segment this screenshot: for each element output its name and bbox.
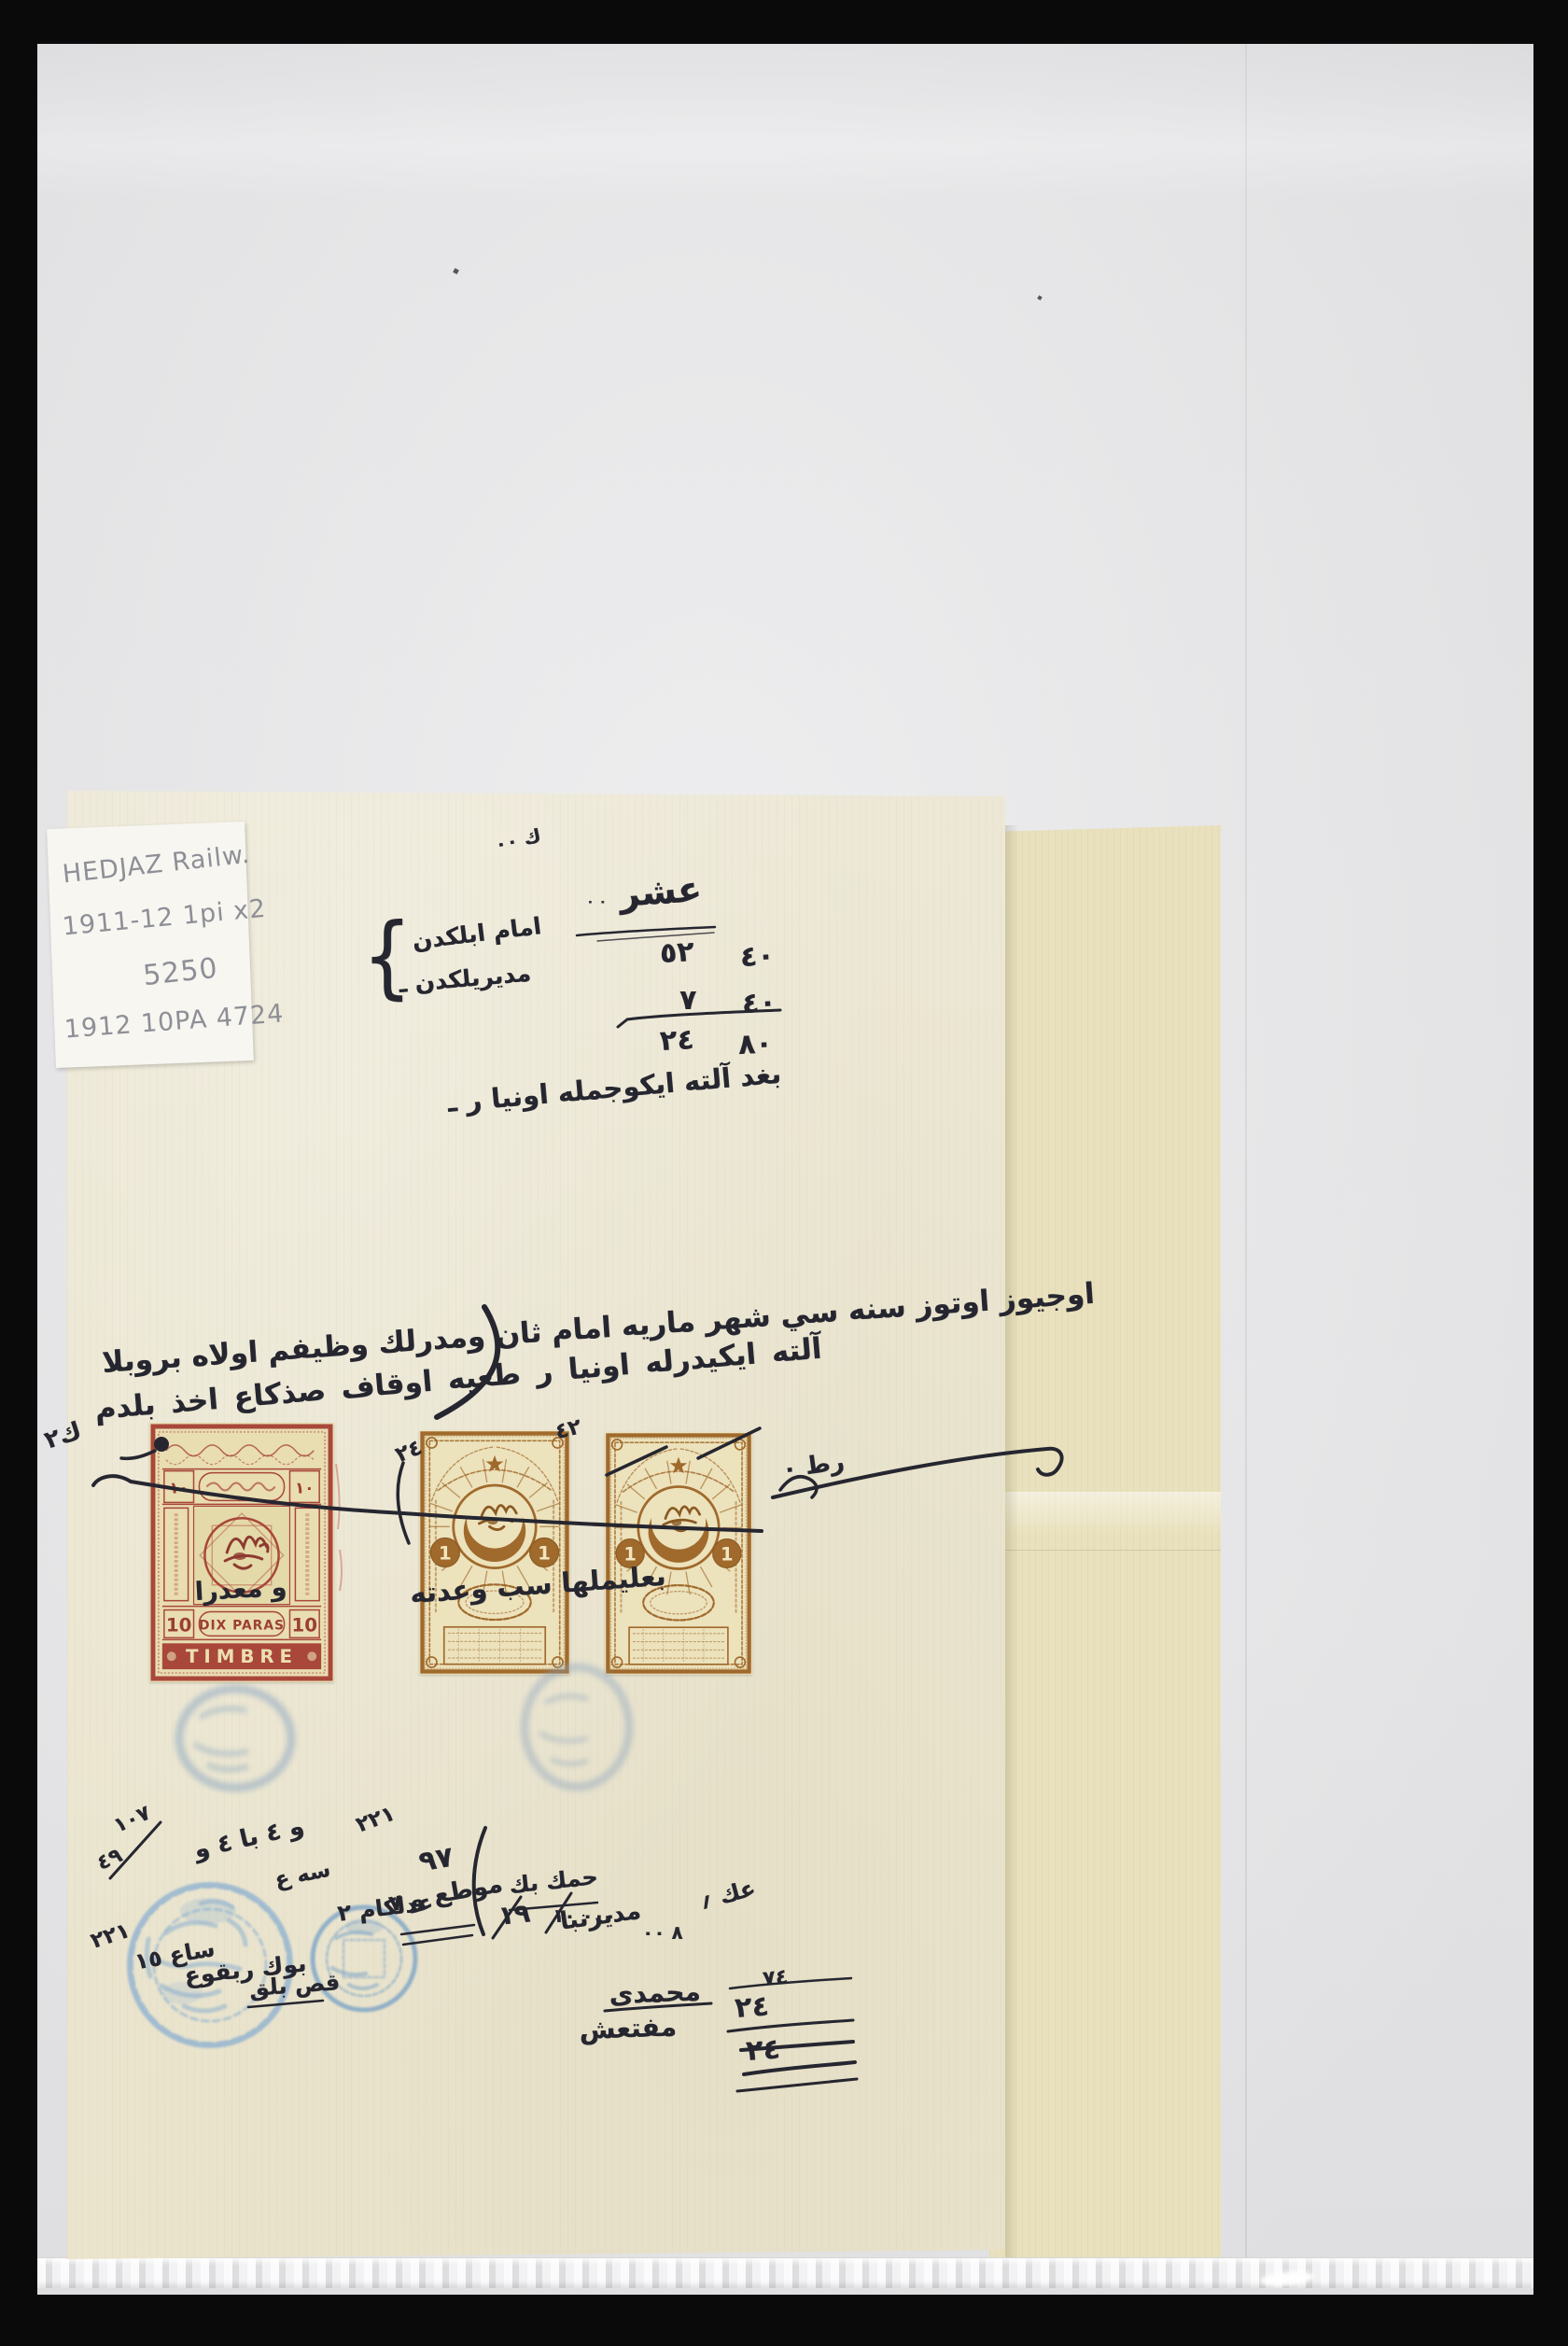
note-dots: ٨ ٠٠: [642, 1921, 683, 1944]
figures-row2-a: ٧: [679, 984, 696, 1017]
timbre-text: TIMBRE: [186, 1646, 298, 1667]
numeral-1-right: 1: [721, 1544, 734, 1566]
handwriting-heading: عشر: [618, 868, 703, 915]
cancel-script-a: و معدرا: [194, 1573, 287, 1607]
handwriting-heading-dots: ٠ ٠: [586, 894, 607, 909]
numeral-1-right: 1: [538, 1543, 551, 1565]
numeral-1-left: 1: [439, 1543, 452, 1565]
label-line-3: 5250: [142, 952, 220, 992]
label-line-1: HEDJAZ Railw.: [61, 840, 251, 890]
value-ten-right: 10: [292, 1614, 318, 1636]
figures-row1-b: ٤٠: [739, 939, 775, 974]
label-line-4: 1912 10PA 4724: [63, 999, 286, 1044]
figures-total-a: ٢٤: [659, 1023, 694, 1058]
figures-row1-a: ٥٢: [659, 935, 694, 970]
figures-total-b: ٨٠: [737, 1027, 773, 1061]
sleeve-vertical-seam: [1245, 44, 1247, 2261]
revenue-stamp-1-piastre-left: 1 1: [417, 1428, 572, 1680]
signature-number-mid: ٢٤: [734, 1989, 770, 2024]
revenue-stamp-10-paras: ١٠ ١٠ 10 10 DIX PARAS: [149, 1423, 334, 1686]
note-q: ٠٠٠ ١٠: [553, 1904, 616, 1927]
label-line-2: 1911-12 1pi x2: [62, 894, 268, 942]
sheet-edge-shadow: [1005, 825, 1018, 2257]
revenue-stamp-1-piastre-right: 1 1: [603, 1430, 754, 1680]
note-e: ٩٧: [416, 1841, 455, 1879]
arabic-ten-left: ١٠: [169, 1478, 189, 1496]
folded-sheet-crease: [1005, 1492, 1221, 1551]
signature-number-small: ٧٤: [762, 1965, 789, 1991]
signature-number-low: ٢٤: [745, 2032, 781, 2067]
signature-name: محمدى: [609, 1976, 701, 2010]
collector-label: HEDJAZ Railw. 1911-12 1pi x2 5250 1912 1…: [47, 822, 254, 1068]
note-l: ١٩: [497, 1897, 531, 1931]
figures-row2-b: ٤٠: [741, 986, 777, 1020]
scanned-album-page: HEDJAZ Railw. 1911-12 1pi x2 5250 1912 1…: [0, 0, 1568, 2346]
value-ten-left: 10: [166, 1614, 192, 1636]
currency-text: DIX PARAS: [199, 1618, 285, 1633]
arabic-ten-right: ١٠: [295, 1478, 315, 1496]
signature-title: مفتعش: [579, 2011, 677, 2045]
